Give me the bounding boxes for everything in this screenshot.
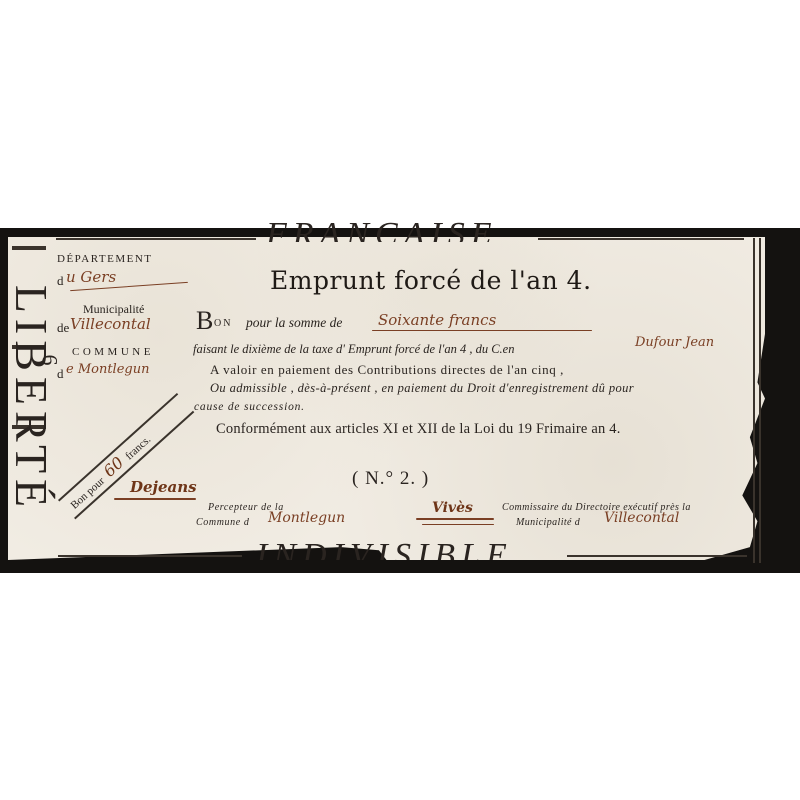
- commissaire-municipalite: Villecontal: [604, 510, 679, 526]
- percepteur-commune: Montlegun: [268, 510, 345, 526]
- municipalite-value: Villecontal: [70, 315, 151, 333]
- certificate-number: ( N.° 2. ): [352, 468, 429, 490]
- left-stub: LIBERTÉ 6: [8, 237, 46, 560]
- top-banner: FRANÇAISE: [266, 222, 498, 242]
- percepteur-flourish: [114, 498, 196, 500]
- top-rule-left: [56, 238, 256, 240]
- bottom-banner: INDIVISIBLE: [256, 538, 513, 560]
- commune-value: e Montlegun: [66, 362, 149, 377]
- body-line-2: faisant le dixième de la taxe d' Emprunt…: [193, 342, 514, 357]
- bon-rest: ON: [214, 318, 232, 329]
- departement-prefix: d: [57, 273, 64, 289]
- commissaire-signature: Vivès: [432, 500, 473, 516]
- document-title: Emprunt forcé de l'an 4.: [270, 266, 592, 295]
- body-line-4: Ou admissible , dès-à-présent , en paiem…: [210, 381, 634, 396]
- body-line-6: Conformément aux articles XI et XII de l…: [216, 421, 621, 438]
- percepteur-signature: Dejeans: [130, 478, 197, 496]
- departement-label: DÉPARTEMENT: [57, 253, 153, 265]
- bottom-rule-right: [567, 555, 747, 557]
- body-line-1: pour la somme de: [246, 315, 342, 331]
- amount-underline: [372, 330, 592, 331]
- amount-in-words: Soixante francs: [378, 311, 496, 329]
- commune-label: COMMUNE: [72, 346, 154, 358]
- right-border-rule: [759, 238, 761, 563]
- stub-rule: [12, 246, 46, 250]
- bon-initial: B: [196, 306, 213, 336]
- bottom-rule-left: [58, 555, 242, 557]
- percepteur-label-2: Commune d: [196, 517, 249, 528]
- top-rule-right: [538, 238, 744, 240]
- citizen-name: Dufour Jean: [635, 335, 714, 350]
- body-line-3: A valoir en paiement des Contributions d…: [210, 362, 564, 378]
- commune-prefix: d: [57, 366, 64, 382]
- body-line-5: cause de succession.: [194, 401, 305, 413]
- commissaire-label-2: Municipalité d: [516, 517, 580, 528]
- stub-text: LIBERTÉ: [11, 254, 51, 544]
- right-border-rule: [753, 238, 755, 563]
- municipalite-prefix: de: [57, 320, 69, 336]
- departement-value: u Gers: [66, 268, 116, 286]
- stub-mark: 6: [37, 355, 63, 366]
- commissaire-flourish: [422, 524, 494, 525]
- commissaire-flourish: [416, 518, 494, 520]
